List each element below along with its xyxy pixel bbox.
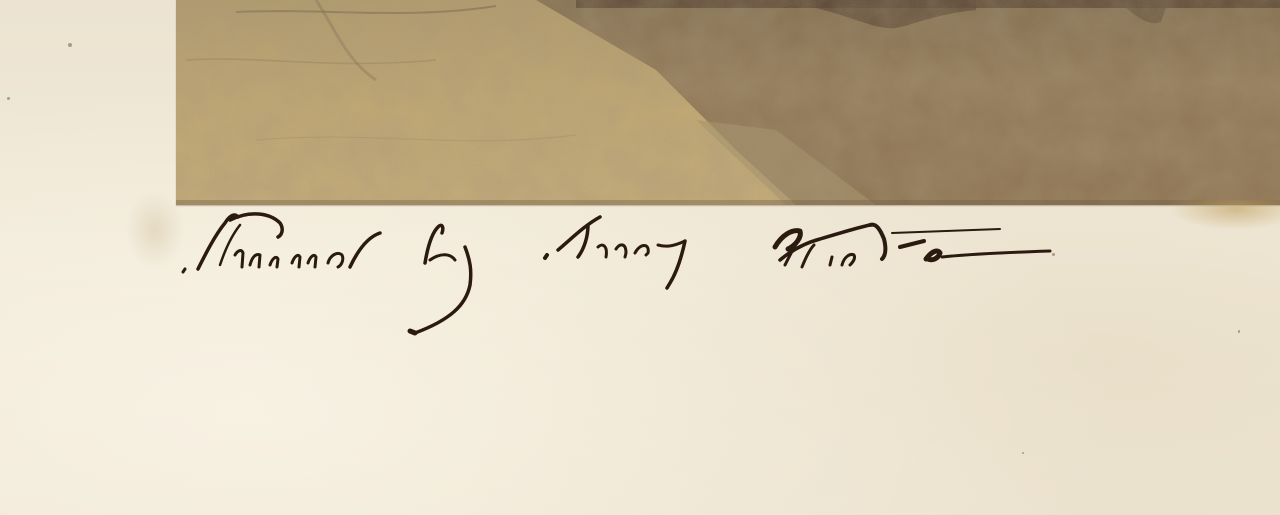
painting-image [176,0,1280,205]
artist-inscription: Etched by Mary Worter [180,205,1080,345]
mount-sheet: Etched by Mary Worter [0,0,1280,515]
paper-stain [1170,200,1280,230]
foxing-spot [1238,330,1240,333]
foxing-spot [1022,452,1024,454]
watercolor-painting [176,0,1280,205]
foxing-spot [68,43,72,47]
foxing-spot [7,97,10,100]
